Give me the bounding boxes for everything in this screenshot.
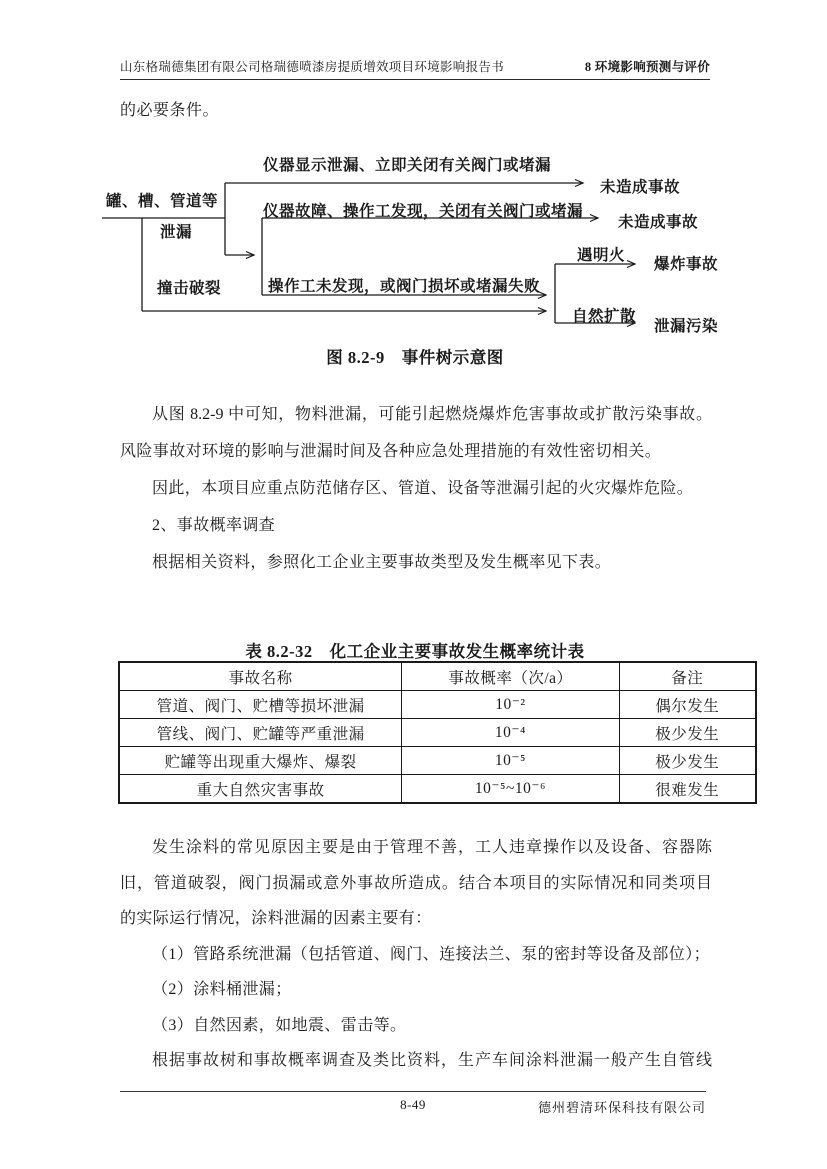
- paragraph-line: 风险事故对环境的影响与泄漏时间及各种应急处理措施的有效性密切相关。: [120, 433, 712, 470]
- cell-remark: 极少发生: [619, 719, 756, 747]
- paragraph-line: （3）自然因素，如地震、雷击等。: [120, 1008, 712, 1044]
- page-footer: 8-49 德州碧清环保科技有限公司: [120, 1091, 706, 1113]
- col-header-probability: 事故概率（次/a）: [402, 662, 619, 691]
- diagram-branch3-label: 操作工未发现，或阀门损坏或堵漏失败: [268, 274, 540, 296]
- table-header-row: 事故名称 事故概率（次/a） 备注: [119, 662, 756, 691]
- cell-accident-name: 管道、阀门、贮槽等损坏泄漏: [119, 691, 402, 719]
- cell-remark: 偶尔发生: [619, 691, 756, 719]
- diagram-outcome-explosion: 爆炸事故: [654, 252, 718, 274]
- diagram-source-label: 罐、槽、管道等: [106, 189, 218, 211]
- table-title: 表 8.2-32 化工企业主要事故发生概率统计表: [120, 638, 710, 662]
- cell-accident-name: 管线、阀门、贮罐等严重泄漏: [119, 719, 402, 747]
- diagram-branch1-label: 仪器显示泄漏、立即关闭有关阀门或堵漏: [263, 153, 551, 175]
- diagram-outcome-no-accident-2: 未造成事故: [618, 210, 698, 232]
- paragraph-line: （1）管路系统泄漏（包括管道、阀门、连接法兰、泵的密封等设备及部位）；: [120, 937, 712, 973]
- paragraph-line: 根据相关资料，参照化工企业主要事故类型及发生概率见下表。: [120, 544, 712, 581]
- paragraph-block-1: 从图 8.2-9 中可知，物料泄漏，可能引起燃烧爆炸危害事故或扩散污染事故。 风…: [120, 396, 712, 581]
- paragraph-line: 2、事故概率调查: [120, 507, 712, 544]
- table-row: 管道、阀门、贮槽等损坏泄漏 10⁻² 偶尔发生: [119, 691, 756, 719]
- cell-remark: 很难发生: [619, 775, 756, 804]
- diagram-diffuse-label: 自然扩散: [572, 304, 636, 326]
- paragraph-line: 旧，管道破裂，阀门损漏或意外事故所造成。结合本项目的实际情况和同类项目: [120, 866, 712, 902]
- paragraph-line: 的实际运行情况，涂料泄漏的因素主要有：: [120, 901, 712, 937]
- paragraph-line: （2）涂料桶泄漏；: [120, 972, 712, 1008]
- col-header-remark: 备注: [619, 662, 756, 691]
- accident-probability-table: 事故名称 事故概率（次/a） 备注 管道、阀门、贮槽等损坏泄漏 10⁻² 偶尔发…: [118, 661, 757, 804]
- cell-probability: 10⁻⁴: [402, 719, 619, 747]
- table-row: 贮罐等出现重大爆炸、爆裂 10⁻⁵ 极少发生: [119, 747, 756, 775]
- figure-caption: 图 8.2-9 事件树示意图: [120, 344, 710, 368]
- diagram-fire-label: 遇明火: [577, 243, 625, 265]
- diagram-branch2-label: 仪器故障、操作工发现，关闭有关阀门或堵漏: [263, 199, 583, 221]
- table-row: 重大自然灾害事故 10⁻⁵~10⁻⁶ 很难发生: [119, 775, 756, 804]
- cell-accident-name: 重大自然灾害事故: [119, 775, 402, 804]
- diagram-leak-label: 泄漏: [160, 220, 192, 242]
- footer-company-name: 德州碧清环保科技有限公司: [538, 1097, 706, 1116]
- cell-probability: 10⁻²: [402, 691, 619, 719]
- table-row: 管线、阀门、贮罐等严重泄漏 10⁻⁴ 极少发生: [119, 719, 756, 747]
- cell-remark: 极少发生: [619, 747, 756, 775]
- cell-probability: 10⁻⁵: [402, 747, 619, 775]
- diagram-outcome-pollution: 泄漏污染: [654, 314, 718, 336]
- col-header-accident-name: 事故名称: [119, 662, 402, 691]
- paragraph-line: 发生涂料的常见原因主要是由于管理不善，工人违章操作以及设备、容器陈: [120, 830, 712, 866]
- cell-probability: 10⁻⁵~10⁻⁶: [402, 775, 619, 804]
- diagram-outcome-no-accident-1: 未造成事故: [600, 175, 680, 197]
- paragraph-block-2: 发生涂料的常见原因主要是由于管理不善，工人违章操作以及设备、容器陈 旧，管道破裂…: [120, 830, 712, 1079]
- paragraph-line: 从图 8.2-9 中可知，物料泄漏，可能引起燃烧爆炸危害事故或扩散污染事故。: [120, 396, 712, 433]
- paragraph-line: 因此，本项目应重点防范储存区、管道、设备等泄漏引起的火灾爆炸危险。: [120, 470, 712, 507]
- paragraph-line: 根据事故树和事故概率调查及类比资料，生产车间涂料泄漏一般产生自管线: [120, 1043, 712, 1079]
- cell-accident-name: 贮罐等出现重大爆炸、爆裂: [119, 747, 402, 775]
- diagram-impact-label: 撞击破裂: [157, 276, 221, 298]
